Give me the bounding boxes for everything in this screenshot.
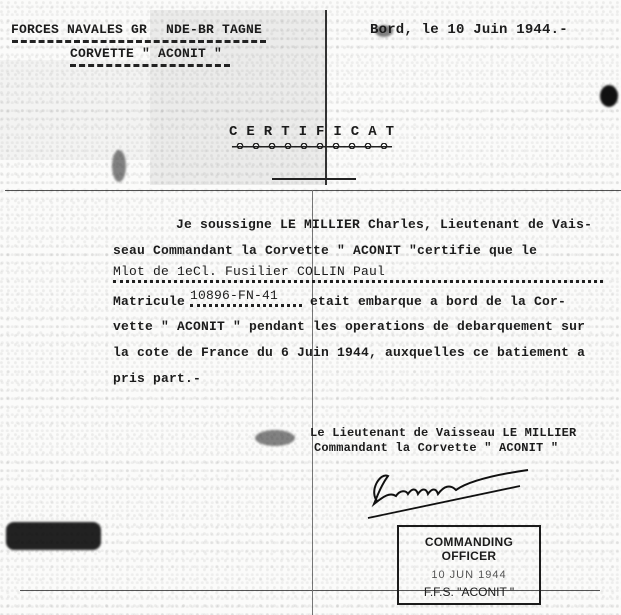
handwritten-signature: [360, 462, 540, 522]
signatory-title: Le Lieutenant de Vaisseau LE MILLIER: [310, 426, 576, 440]
header-underline: [12, 40, 266, 43]
dotted-fill-line: [113, 280, 603, 283]
organization-left: FORCES NAVALES GR: [11, 22, 147, 37]
matricule-label: Matricule: [113, 294, 185, 309]
document-title: CERTIFICAT: [229, 124, 403, 140]
title-ornament-rule: [232, 143, 392, 149]
ship-name: CORVETTE " ACONIT ": [70, 46, 222, 61]
ship-underline: [70, 64, 230, 67]
ink-stain: [112, 150, 126, 182]
ink-stain: [255, 430, 295, 446]
ink-stain: [6, 522, 101, 550]
signatory-command: Commandant la Corvette " ACONIT ": [314, 441, 558, 455]
ink-stain: [600, 85, 618, 107]
fold-line: [5, 190, 621, 191]
body-line-5: vette " ACONIT " pendant les operations …: [113, 319, 585, 334]
stamp-date: 10 JUN 1944: [399, 569, 539, 581]
title-underline: [272, 178, 356, 180]
body-line-2: seau Commandant la Corvette " ACONIT "ce…: [113, 243, 537, 258]
place-date: Bord, le 10 Juin 1944.-: [370, 22, 568, 38]
body-line-4: etait embarque a bord de la Cor-: [310, 294, 566, 309]
body-line-6: la cote de France du 6 Juin 1944, auxque…: [113, 345, 585, 360]
dotted-fill-line: [190, 304, 302, 307]
commanding-officer-stamp: COMMANDING OFFICER 10 JUN 1944 F.F.S. "A…: [397, 525, 541, 605]
sailor-name-field: Mlot de 1eCl. Fusilier COLLIN Paul: [113, 264, 385, 279]
body-line-1: Je soussigne LE MILLIER Charles, Lieuten…: [176, 217, 592, 232]
organization-right: NDE-BR TAGNE: [166, 22, 262, 37]
body-line-7: pris part.-: [113, 371, 201, 386]
stamp-ship: F.F.S. "ACONIT ": [399, 585, 539, 599]
paper-shading: [0, 60, 150, 160]
stamp-title: COMMANDING OFFICER: [399, 535, 539, 563]
matricule-value: 10896-FN-41: [190, 288, 278, 303]
scanned-certificate: FORCES NAVALES GR NDE-BR TAGNE CORVETTE …: [0, 0, 621, 615]
